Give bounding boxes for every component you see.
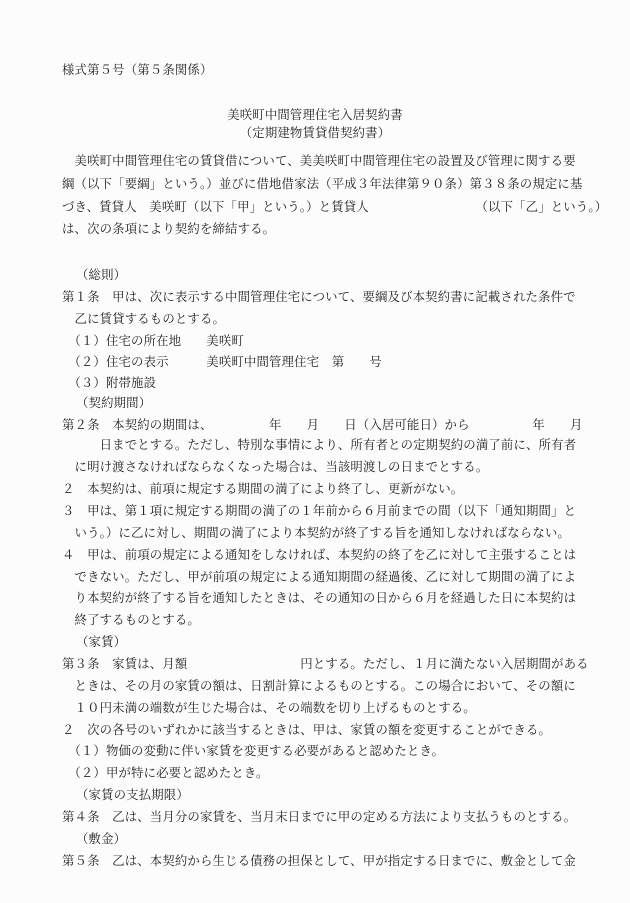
form-label: 様式第５号（第５条関係）	[62, 62, 213, 78]
article-heading: （敷金）	[76, 831, 126, 847]
article-heading: （契約期間）	[76, 395, 151, 411]
article-line: （３）附帯施設	[62, 375, 156, 391]
article-heading: （家賃）	[76, 634, 126, 650]
article-line: できない。ただし、甲が前項の規定による通知期間の経過後、乙に対して期間の満了によ	[62, 569, 576, 585]
article-line: （２）住宅の表示 美咲町中間管理住宅 第 号	[62, 354, 382, 370]
preamble-line: は、次の条項により契約を締結する。	[62, 221, 275, 237]
article-line: ２ 本契約は、前項に規定する期間の満了により終了し、更新がない。	[62, 481, 463, 497]
document-title: 美咲町中間管理住宅入居契約書	[0, 107, 630, 123]
article-line: 第３条 家賃は、月額 円とする。ただし、１月に満たない入居期間がある	[62, 656, 589, 672]
article-line: いう。）に乙に対し、期間の満了により本契約が終了する旨を通知しなければならない。	[62, 525, 570, 541]
article-line: 乙に賃貸するものとする。	[62, 311, 225, 327]
preamble-line: 美咲町中間管理住宅の賃貸借について、美美咲町中間管理住宅の設置及び管理に関する要	[62, 153, 576, 169]
preamble-line: 綱（以下「要綱」という。）並びに借地借家法（平成３年法律第９０条）第３８条の規定…	[62, 176, 583, 192]
article-line: 日までとする。ただし、特別な事情により、所有者との定期契約の満了前に、所有者	[62, 437, 576, 453]
article-line: （１）住宅の所在地 美咲町	[62, 333, 244, 349]
article-line: ときは、その月の家賃の額は、日割計算によるものとする。この場合において、その額に	[62, 678, 576, 694]
document-subtitle: （定期建物賃貸借契約書）	[0, 125, 630, 141]
article-heading: （総則）	[76, 267, 126, 283]
article-line: １０円未満の端数が生じた場合は、その端数を切り上げるものとする。	[62, 700, 476, 716]
article-line: （１）物価の変動に伴い家賃を変更する必要があると認めたとき。	[62, 743, 444, 759]
article-line: 第５条 乙は、本契約から生じる債務の担保として、甲が指定する日までに、敷金として…	[62, 853, 576, 869]
article-line: 第１条 甲は、次に表示する中間管理住宅について、要綱及び本契約書に記載された条件…	[62, 289, 576, 305]
preamble-line: づき、賃貸人 美咲町（以下「甲」という。）と賃貸人 （以下「乙」という。）	[62, 199, 607, 215]
article-line: ３ 甲は、第１項に規定する期間の満了の１年前から６月前までの間（以下「通知期間」…	[62, 503, 576, 519]
article-line: （２）甲が特に必要と認めたとき。	[62, 765, 269, 781]
article-line: ４ 甲は、前項の規定による通知をしなければ、本契約の終了を乙に対して主張すること…	[62, 547, 576, 563]
article-heading: （家賃の支払期限）	[76, 787, 189, 803]
document-page: 様式第５号（第５条関係） 美咲町中間管理住宅入居契約書 （定期建物賃貸借契約書）…	[0, 0, 630, 903]
article-line: 第４条 乙は、当月分の家賃を、当月末日までに甲の定める方法により支払うものとする…	[62, 809, 576, 825]
article-line: 第２条 本契約の期間は、 年 月 日（入居可能日）から 年 月	[62, 417, 583, 433]
article-line: 終了するものとする。	[62, 612, 200, 628]
article-line: ２ 次の各号のいずれかに該当するときは、甲は、家賃の額を変更することができる。	[62, 722, 551, 738]
article-line: り本契約が終了する旨を通知したときは、その通知の日から６月を経過した日に本契約は	[62, 590, 576, 606]
article-line: に明け渡さなければならなくなった場合は、当該明渡しの日までとする。	[62, 459, 488, 475]
